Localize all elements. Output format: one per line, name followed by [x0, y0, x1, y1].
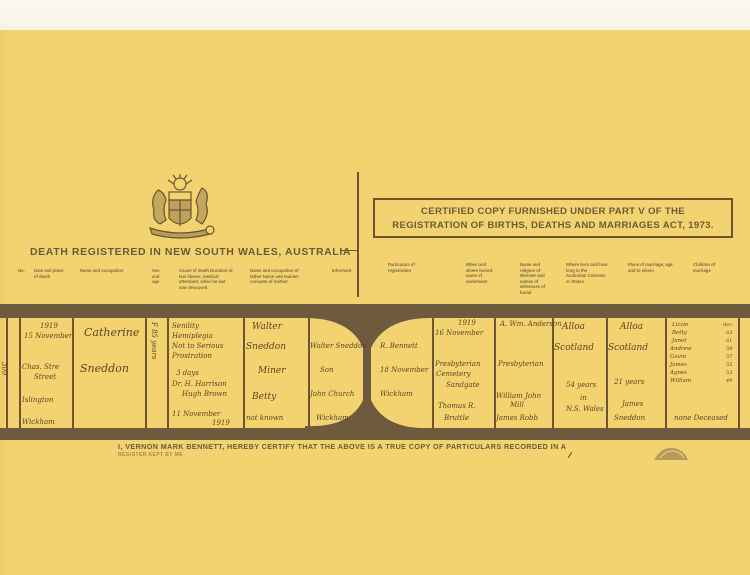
witness-2: James Robb [496, 414, 538, 422]
cause-1: Senility [172, 322, 199, 330]
column-divider [167, 318, 169, 428]
death-place-3: Islington [22, 396, 53, 404]
spouse-surname: Sneddon [614, 414, 645, 422]
children-deceased-note: none Deceased [674, 414, 728, 422]
entry-number: 309 [0, 362, 8, 375]
column-divider [606, 318, 608, 428]
child-age: 63 [726, 330, 732, 336]
column-header-burial: When and where buried; name of undertake… [466, 262, 496, 284]
medical-attendant-1: Dr. H. Harrison [172, 380, 227, 388]
death-registered-title: DEATH REGISTERED IN NEW SOUTH WALES, AUS… [30, 246, 350, 258]
child-age: dec. [723, 322, 734, 328]
death-date: 15 November [24, 332, 72, 340]
column-divider [243, 318, 245, 428]
column-header-name: Name and occupation [80, 268, 135, 274]
sex-age: F 85 years [150, 322, 158, 359]
registration-date: 18 November [380, 366, 428, 374]
informant-address: John Church [310, 390, 354, 398]
child-age: 49 [726, 378, 732, 384]
column-header-registration: Particulars of registration [388, 262, 428, 273]
registrar: R. Bennett [380, 342, 418, 350]
top-margin [0, 0, 750, 30]
child-name: Lizzie [672, 322, 688, 328]
child-name: Betty [672, 330, 687, 336]
column-divider [665, 318, 667, 428]
deceased-surname: Sneddon [80, 362, 129, 375]
child-age: 59 [726, 346, 732, 352]
certification-box: CERTIFIED COPY FURNISHED UNDER PART V OF… [373, 198, 733, 238]
undertaker-2: Bruttle [444, 414, 469, 422]
column-header-no: No. [18, 268, 28, 274]
mother-first-name: Betty [252, 392, 276, 402]
column-header-birthplace: Where born and how long in the Australia… [566, 262, 608, 284]
child-name: Andrew [670, 346, 692, 352]
marriage-place-country: Scotland [608, 343, 648, 353]
registrar-certification: I, VERNON MARK BENNETT, HEREBY CERTIFY T… [118, 442, 738, 451]
child-name: Agnes [670, 370, 687, 376]
minister-1: A. Wm. Anderson [500, 320, 562, 328]
cause-2: Hemiplegia [172, 332, 213, 340]
informant-town: Wickham [316, 414, 349, 422]
column-header-children: Children of marriage [693, 262, 729, 273]
column-divider [72, 318, 74, 428]
last-seen-year: 1919 [212, 419, 230, 427]
certification-line-2: REGISTRATION OF BIRTHS, DEATHS AND MARRI… [375, 219, 731, 233]
column-divider [552, 318, 554, 428]
column-header-informant: Informant [332, 268, 356, 274]
years-in-colonies: 54 years [566, 381, 596, 389]
witness-1-surname: Mill [510, 401, 524, 409]
cause-duration: 3 days [176, 369, 199, 377]
registration-place: Wickham [380, 390, 413, 398]
paper-edge [0, 30, 4, 575]
cause-3: Not to Serious [172, 342, 223, 350]
father-occupation: Miner [258, 366, 286, 376]
informant-relation: Son [320, 366, 334, 374]
column-divider [738, 318, 740, 428]
coat-of-arms-icon [140, 174, 220, 242]
column-header-minister: Name and religion of Minister and names … [520, 262, 552, 295]
child-age: 61 [726, 338, 732, 344]
child-age: 55 [726, 362, 732, 368]
marriage-place-town: Alloa [620, 322, 643, 332]
column-divider [19, 318, 21, 428]
burial-cemetery-2: Cemetery [436, 370, 471, 378]
column-header-marriage: Place of marriage, age, and to whom [628, 262, 674, 273]
column-divider [432, 318, 434, 428]
certification-line-1: CERTIFIED COPY FURNISHED UNDER PART V OF… [375, 205, 731, 219]
burial-cemetery-1: Presbyterian [435, 360, 480, 368]
informant-name: Walter Sneddon [310, 342, 367, 350]
death-place-2: Street [34, 373, 56, 381]
father-first-name: Walter [252, 322, 282, 332]
child-name: James [670, 362, 687, 368]
column-header-sex-age: Sex and age [152, 268, 166, 285]
father-surname: Sneddon [246, 342, 286, 352]
burial-year: 1919 [458, 319, 476, 327]
header-divider [357, 172, 359, 297]
religion: Presbyterian [498, 360, 543, 368]
spouse-first-name: James [622, 400, 643, 408]
registry-seal-icon [652, 446, 690, 460]
death-place-1: Chas. Stre [22, 363, 59, 371]
marriage-age: 21 years [614, 378, 644, 386]
years-in-label: in [580, 394, 587, 402]
burial-date: 16 November [435, 329, 483, 337]
header-divider-tick [340, 250, 358, 251]
burial-place: Sandgate [446, 381, 480, 389]
death-year: 1919 [40, 322, 58, 330]
medical-attendant-2: Hugh Brown [182, 390, 227, 398]
column-header-parents: Name and occupation of father Name and m… [250, 268, 308, 285]
column-divider [494, 318, 496, 428]
column-header-date-place: Date and place of death [34, 268, 66, 279]
column-divider [145, 318, 147, 428]
pen-mark-icon [568, 452, 572, 458]
child-name: William [670, 378, 691, 384]
mother-surname: not known [246, 414, 283, 422]
child-age: 53 [726, 370, 732, 376]
column-header-cause: Cause of death Duration of last illness;… [179, 268, 234, 290]
witness-1: William John [496, 392, 541, 400]
last-seen-date: 11 November [172, 410, 220, 418]
death-place-4: Wickham [22, 418, 55, 426]
birthplace-country: Scotland [554, 343, 594, 353]
deceased-first-name: Catherine [84, 326, 139, 339]
birthplace-town: Alloa [562, 322, 585, 332]
child-age: 57 [726, 354, 732, 360]
cause-4: Prostration [172, 352, 212, 360]
child-name: Janet [672, 338, 687, 344]
registrar-certification-cont: REGISTER KEPT BY ME [118, 452, 183, 458]
colony: N.S. Wales [566, 405, 604, 413]
undertaker-1: Thomas R. [438, 402, 476, 410]
certificate-paper [0, 30, 750, 575]
child-name: Gavin [670, 354, 686, 360]
